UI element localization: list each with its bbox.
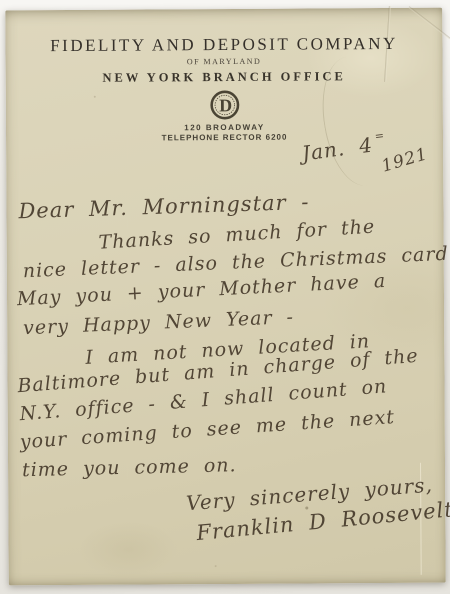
ink-speck <box>215 565 217 567</box>
seal-monogram: D <box>219 95 232 115</box>
company-subtitle: OF MARYLAND <box>6 56 443 68</box>
photo-background: FIDELITY AND DEPOSIT COMPANY OF MARYLAND… <box>0 0 450 594</box>
body-line: very Happy New Year - <box>23 306 295 339</box>
ink-speck <box>305 506 308 509</box>
letter-paper: FIDELITY AND DEPOSIT COMPANY OF MARYLAND… <box>5 8 446 586</box>
branch-office-title: NEW YORK BRANCH OFFICE <box>6 69 443 87</box>
company-name: FIDELITY AND DEPOSIT COMPANY <box>5 34 442 57</box>
handwritten-year: 1921 <box>379 144 430 176</box>
body-line: time you come on. <box>22 454 237 481</box>
salutation-line: Dear Mr. Morningstar - <box>18 190 310 223</box>
letterhead: FIDELITY AND DEPOSIT COMPANY OF MARYLAND… <box>5 8 442 11</box>
